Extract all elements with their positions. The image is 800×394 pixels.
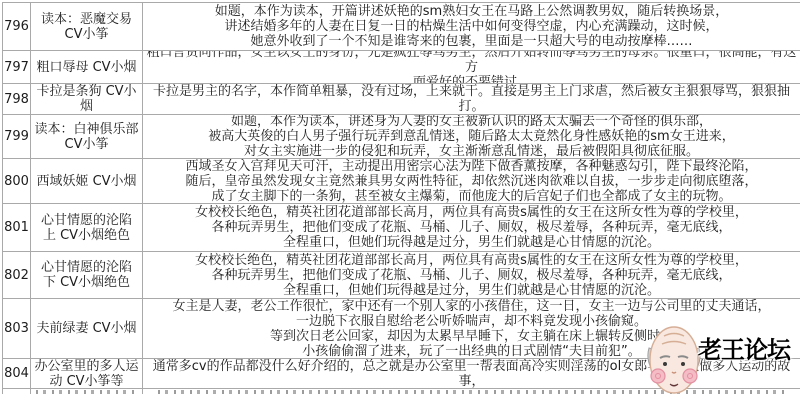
table-row: 797 粗口辱母 CV小烟 粗口言责向作品，女主以女王的身份，先是疯狂辱骂男主，… [3, 51, 800, 84]
work-description: 如题，本作为读本，讲述身为人妻的女主被新认识的路太太骗去一个奇怪的俱乐部， 被高… [143, 115, 800, 158]
clipped-text-tops [158, 390, 785, 394]
table-row: 801 心甘情愿的沦陷 上 CV小烟绝色 女校校长绝色，精英社团花道部部长高月，… [3, 204, 800, 252]
row-number: 799 [3, 115, 31, 158]
row-number: 801 [3, 204, 31, 251]
table-row: 800 西域妖姬 CV小烟 西域圣女入宫拜见天可汗，主动提出用密宗心法为陛下做香… [3, 159, 800, 204]
table-row: 803 夫前绿妻 CV小烟 女主是人妻，老公工作很忙，家中还有一个别人家的小孩借… [3, 299, 800, 359]
work-title: 心甘情愿的沦陷 上 CV小烟绝色 [31, 204, 143, 251]
row-number: 803 [3, 299, 31, 358]
table-row: 796 读本：恶魔交易 CV小筝 如题，本作为读本，开篇讲述妖艳的sm熟妇女王在… [3, 3, 800, 51]
work-description: 粗口言责向作品，女主以女王的身份，先是疯狂辱骂男主，然后开始转而辱骂男主的母亲。… [143, 51, 800, 83]
clipped-text-tops [36, 390, 137, 394]
work-title: 心甘情愿的沦陷 下 CV小烟绝色 [31, 252, 143, 298]
work-title [31, 389, 143, 394]
work-title: 卡拉是条狗 CV小 烟 [31, 84, 143, 114]
row-number: 804 [3, 359, 31, 388]
work-title: 粗口辱母 CV小烟 [31, 51, 143, 83]
work-description: 通常多cv的作品都没什么好介绍的，总之就是办公室里一帮表面高冷实则淫荡的ol女郎… [143, 359, 800, 388]
work-description: 卡拉是男主的名字，本作简单粗暴，没有过场，上来就干。直接是男主上门求虐，然后被女… [143, 84, 800, 114]
table-row: 804 办公室里的多人运 动 CV小筝等 通常多cv的作品都没什么好介绍的，总之… [3, 359, 800, 389]
work-description: 如题，本作为读本，开篇讲述妖艳的sm熟妇女王在马路上公然调教男奴，随后转换场景，… [143, 3, 800, 50]
work-title: 西域妖姬 CV小烟 [31, 159, 143, 203]
next-row-clipped [3, 389, 800, 394]
works-table: 796 读本：恶魔交易 CV小筝 如题，本作为读本，开篇讲述妖艳的sm熟妇女王在… [2, 2, 800, 394]
row-number: 798 [3, 84, 31, 114]
row-number [3, 389, 31, 394]
work-description: 女主是人妻，老公工作很忙，家中还有一个别人家的小孩借住，这一日，女主一边与公司里… [143, 299, 800, 358]
table-row: 802 心甘情愿的沦陷 下 CV小烟绝色 女校校长绝色，精英社团花道部部长高月，… [3, 252, 800, 299]
row-number: 800 [3, 159, 31, 203]
row-number: 802 [3, 252, 31, 298]
table-row: 799 读本：白神俱乐部 CV小筝 如题，本作为读本，讲述身为人妻的女主被新认识… [3, 115, 800, 159]
work-title: 夫前绿妻 CV小烟 [31, 299, 143, 358]
row-number: 796 [3, 3, 31, 50]
work-title: 读本：恶魔交易 CV小筝 [31, 3, 143, 50]
row-number: 797 [3, 51, 31, 83]
work-description: 女校校长绝色，精英社团花道部部长高月，两位具有高贵s属性的女王在这所女性为尊的学… [143, 252, 800, 298]
work-description [143, 389, 800, 394]
work-description: 女校校长绝色，精英社团花道部部长高月，两位具有高贵s属性的女王在这所女性为尊的学… [143, 204, 800, 251]
work-title: 办公室里的多人运 动 CV小筝等 [31, 359, 143, 388]
work-description: 西域圣女入宫拜见天可汗，主动提出用密宗心法为陛下做香薰按摩，各种魅惑勾引，陛下最… [143, 159, 800, 203]
table-row: 798 卡拉是条狗 CV小 烟 卡拉是男主的名字，本作简单粗暴，没有过场，上来就… [3, 84, 800, 115]
work-title: 读本：白神俱乐部 CV小筝 [31, 115, 143, 158]
